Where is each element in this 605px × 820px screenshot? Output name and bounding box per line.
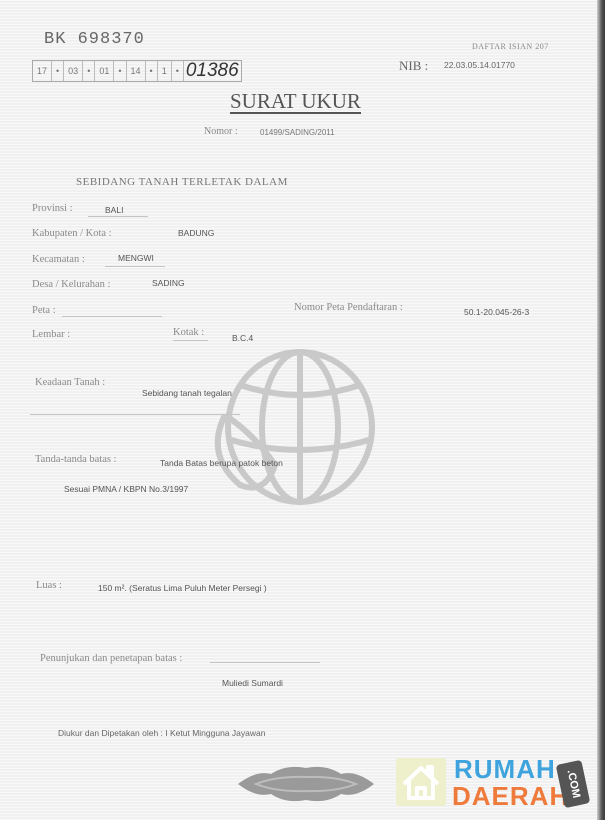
form-name: DAFTAR ISIAN 207 xyxy=(472,42,549,51)
code-box: • xyxy=(146,61,158,81)
tanda-batas-reference: Sesuai PMNA / KBPN No.3/1997 xyxy=(64,484,188,494)
parcel-code-boxes: 17 • 03 • 01 • 14 • 1 • 01386 xyxy=(32,60,242,82)
code-box: • xyxy=(172,61,184,81)
logo-text-daerah: DAERAH xyxy=(452,781,569,812)
keadaan-tanah-value: Sebidang tanah tegalan xyxy=(142,388,232,398)
kabupaten-value: BADUNG xyxy=(178,228,214,238)
kotak-label: Kotak : xyxy=(173,327,204,338)
nib-value: 22.03.05.14.01770 xyxy=(444,60,515,70)
tanda-batas-value: Tanda Batas berupa patok beton xyxy=(160,458,283,468)
luas-value: 150 m². (Seratus Lima Puluh Meter Perseg… xyxy=(98,583,267,593)
diukur-text: Diukur dan Dipetakan oleh : I Ketut Ming… xyxy=(58,728,265,738)
serial-number: BK 698370 xyxy=(44,30,145,49)
desa-label: Desa / Kelurahan : xyxy=(32,279,110,290)
code-box: • xyxy=(83,61,95,81)
surat-ukur-document: BK 698370 17 • 03 • 01 • 14 • 1 • 01386 … xyxy=(0,0,597,820)
code-box: 17 xyxy=(33,61,52,81)
kotak-value: B.C.4 xyxy=(232,333,253,343)
tanda-batas-label: Tanda-tanda batas : xyxy=(35,454,116,465)
house-icon xyxy=(396,758,446,806)
kecamatan-label: Kecamatan : xyxy=(32,254,85,265)
nomor-label: Nomor : xyxy=(204,126,238,137)
lembar-label: Lembar : xyxy=(32,329,70,340)
code-box: 14 xyxy=(127,61,146,81)
penunjukan-value: Muliedi Sumardi xyxy=(222,678,283,688)
penunjukan-label: Penunjukan dan penetapan batas : xyxy=(40,653,182,664)
code-box: 1 xyxy=(158,61,172,81)
scan-edge xyxy=(597,0,605,820)
provinsi-label: Provinsi : xyxy=(32,203,73,214)
code-box: • xyxy=(114,61,126,81)
document-title: SURAT UKUR xyxy=(230,90,361,114)
keadaan-tanah-label: Keadaan Tanah : xyxy=(35,377,105,388)
handwritten-code: 01386 xyxy=(184,61,241,81)
nomor-peta-label: Nomor Peta Pendaftaran : xyxy=(294,302,403,313)
desa-value: SADING xyxy=(152,278,185,288)
code-box: • xyxy=(52,61,64,81)
provinsi-value: BALI xyxy=(105,205,123,215)
nomor-value: 01499/SADING/2011 xyxy=(260,128,335,137)
code-box: 01 xyxy=(95,61,114,81)
luas-label: Luas : xyxy=(36,580,62,591)
location-heading: SEBIDANG TANAH TERLETAK DALAM xyxy=(76,176,288,188)
official-stamp-icon xyxy=(236,762,376,806)
kabupaten-label: Kabupaten / Kota : xyxy=(32,228,112,239)
rumah-daerah-watermark-logo: RUMAH DAERAH .COM xyxy=(394,754,590,812)
globe-emblem-icon xyxy=(195,345,380,510)
peta-label: Peta : xyxy=(32,305,56,316)
nomor-peta-value: 50.1-20.045-26-3 xyxy=(464,307,529,317)
nib-label: NIB : xyxy=(399,58,428,74)
kecamatan-value: MENGWI xyxy=(118,253,154,263)
code-box: 03 xyxy=(64,61,83,81)
